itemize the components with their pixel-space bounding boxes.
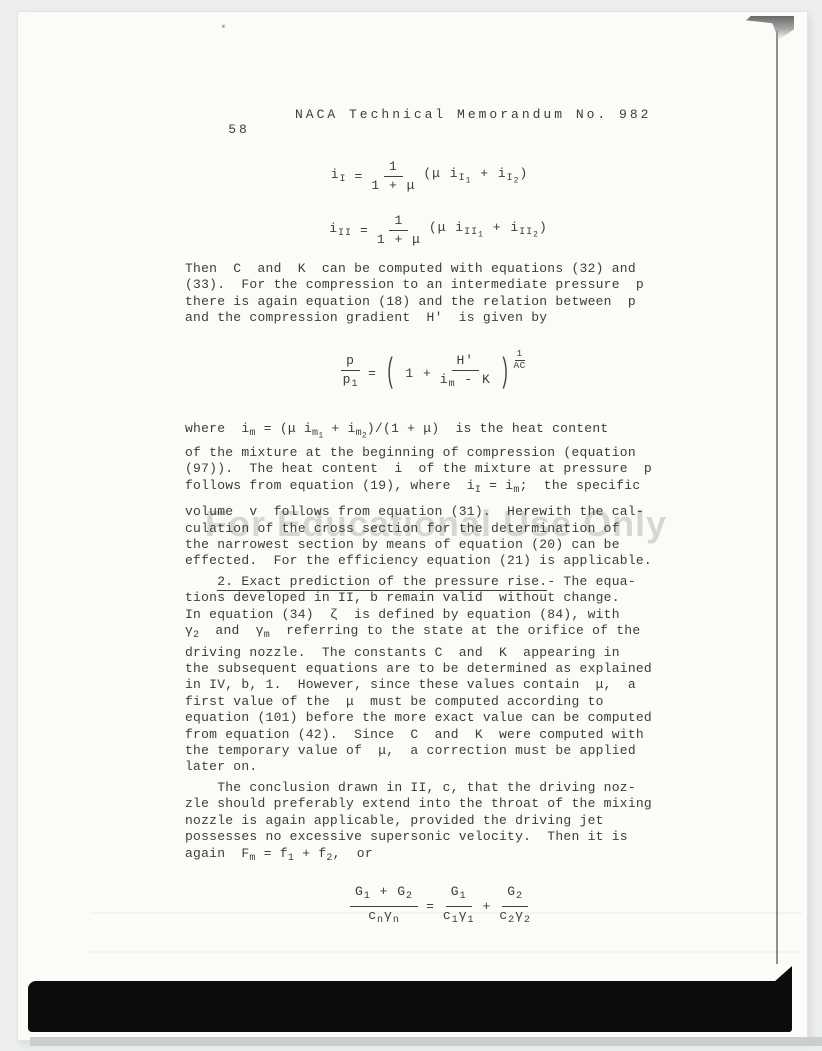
eq-var: γ [459,908,468,923]
text-line: possesses no excessive supersonic veloci… [185,829,785,845]
text-line: The conclusion drawn in II, c, that the … [185,780,785,796]
fraction: G1 c1γ1 [443,885,475,928]
text-segment: possesses no excessive supersonic veloci… [185,829,628,844]
text-line: the narrowest section by means of equati… [185,537,785,553]
equation-flow-areas: G1 + G2 cnγn = G1 c1γ1 + G2 c2γ2 [148,882,733,930]
subscript: 1 [468,915,475,926]
subscript: I [459,173,466,184]
text-line: driving nozzle. The constants C and K ap… [185,645,785,661]
fraction: 1 1 + μ [377,214,421,247]
denominator: im - K [440,371,491,392]
subscript: 2 [524,915,531,926]
text-segment: effected. For the efficiency equation (2… [185,553,652,568]
eq-text: - K [456,372,491,387]
subscript: 1 [364,891,371,902]
text-line: γ2 and γm referring to the state at the … [185,623,785,644]
text-segment: volume v follows from equation (31). Her… [185,504,644,519]
text-segment: ; the specific [520,478,641,493]
text-line: and the compression gradient H' is given… [185,310,785,326]
numerator: H' [452,354,480,371]
eq-text: ) [519,166,528,181]
text-line: the subsequent equations are to be deter… [185,661,785,677]
subscript: I [340,174,347,185]
eq-var: c [499,908,508,923]
text-segment: The conclusion drawn in II, c, that the … [185,780,636,795]
numerator: 1 [384,160,403,177]
eq-text: + i [484,220,519,235]
text-segment: γ [185,623,193,638]
eq-text: + i [471,166,506,181]
text-segment: culation of the cross section for the de… [185,521,620,536]
text-segment [185,574,217,589]
exponent-denominator: AC [513,361,525,371]
equation-i-I: iI = 1 1 + μ (μ iI1 + iI2) [137,153,722,199]
text-segment: where i [185,421,249,436]
subscript: II [338,228,352,239]
text-line: follows from equation (19), where iI = i… [185,478,785,499]
eq-var: c [443,908,452,923]
text-line: culation of the cross section for the de… [185,521,785,537]
subscript: 2 [406,891,413,902]
equals-sign: = [426,899,435,914]
paragraph: Then C and K can be computed with equati… [185,261,785,327]
eq-var: γ [384,908,393,923]
text-line: effected. For the efficiency equation (2… [185,553,785,569]
text-segment: of the mixture at the beginning of compr… [185,445,636,460]
paragraph: The conclusion drawn in II, c, that the … [185,780,785,867]
text-line: there is again equation (18) and the rel… [185,294,785,310]
text-segment: Then C and K can be computed with equati… [185,261,636,276]
eq-var: c [368,908,377,923]
eq-var: G [507,884,516,899]
text-segment: + f [294,846,326,861]
text-segment: = f [256,846,288,861]
text-line: first value of the μ must be computed ac… [185,694,785,710]
plus-sign: + [483,899,492,914]
text-segment: the narrowest section by means of equati… [185,537,620,552]
subscript: 1 [452,915,459,926]
subscript: n [377,915,384,926]
text-segment: in IV, b, 1. However, since these values… [185,677,636,692]
page-number: 58 [228,122,250,137]
text-line: tions developed in II, b remain valid wi… [185,590,785,606]
text-segment: = (μ i [256,421,312,436]
denominator: c2γ2 [499,907,531,928]
scan-black-bar [28,981,792,1032]
underlined-text: 2. Exact prediction of the pressure rise… [217,574,547,591]
text-line: where im = (μ im1 + im2)/(1 + μ) is the … [185,421,785,445]
text-segment: the temporary value of μ, a correction m… [185,743,636,758]
text-segment: the subsequent equations are to be deter… [185,661,652,676]
eq-var: γ [515,908,524,923]
subscript: 1 [460,891,467,902]
eq-var: i [329,221,338,236]
text-line: from equation (42). Since C and K were c… [185,727,785,743]
text-segment: = i [481,478,513,493]
text-segment: follows from equation (19), where i [185,478,475,493]
eq-var: G [355,884,364,899]
subscript: II [519,227,533,238]
text-segment: there is again equation (18) and the rel… [185,294,636,309]
fraction: G2 c2γ2 [499,885,531,928]
fraction: 1 1 + μ [371,160,415,193]
eq-var: i [331,167,340,182]
text-line: later on. [185,759,785,775]
text-line: nozzle is again applicable, provided the… [185,813,785,829]
text-line: equation (101) before the more exact val… [185,710,785,726]
numerator: G2 [502,885,528,907]
eq-var: i [440,372,449,387]
eq-text: (μ i [423,166,458,181]
text-segment: nozzle is again applicable, provided the… [185,813,604,828]
equation-i-II: iII = 1 1 + μ (μ iII1 + iII2) [146,207,731,253]
text-line: the temporary value of μ, a correction m… [185,743,785,759]
text-segment: )/(1 + μ) is the heat content [367,421,609,436]
text-line: in IV, b, 1. However, since these values… [185,677,785,693]
text-segment: again F [185,846,249,861]
equation-pressure-ratio: p p1 = ( 1 + H' im - K ) 1 AC [141,347,726,399]
numerator: G1 [446,885,472,907]
text-line: (97)). The heat content i of the mixture… [185,461,785,477]
numerator: p [341,354,360,371]
document-title: NACA Technical Memorandum No. 982 [295,107,651,122]
eq-term: iI [331,167,347,185]
eq-text: 1 + [405,366,431,381]
text-line: volume v follows from equation (31). Her… [185,504,785,520]
eq-text: (μ i [429,220,464,235]
text-line: Then C and K can be computed with equati… [185,261,785,277]
equals-sign: = [368,366,377,381]
fraction: H' im - K [440,354,491,392]
text-line: again Fm = f1 + f2, or [185,846,785,867]
text-segment: referring to the state at the orifice of… [270,623,640,638]
text-segment: first value of the μ must be computed ac… [185,694,604,709]
text-segment: and γ [199,623,263,638]
subscript: 2 [516,891,523,902]
eq-term: (μ iII1 + iII2) [429,220,548,240]
subscript: II [464,227,478,238]
denominator: c1γ1 [443,907,475,928]
text-segment: driving nozzle. The constants C and K ap… [185,645,620,660]
text-segment: tions developed in II, b remain valid wi… [185,590,620,605]
book-binding-edge [20,15,86,981]
text-segment: later on. [185,759,257,774]
text-line: 2. Exact prediction of the pressure rise… [185,574,785,590]
eq-term: (μ iI1 + iI2) [423,166,528,186]
text-segment: (33). For the compression to an intermed… [185,277,644,292]
exponent-fraction: 1 AC [513,349,525,371]
eq-term: iII [329,221,352,239]
denominator: cnγn [368,907,400,928]
text-line: In equation (34) ζ is defined by equatio… [185,607,785,623]
fraction: p p1 [341,354,360,392]
fraction: G1 + G2 cnγn [350,885,418,928]
subscript: I [507,173,514,184]
paragraph: where im = (μ im1 + im2)/(1 + μ) is the … [185,421,785,570]
eq-text: + G [371,884,406,899]
paragraph-section-2: 2. Exact prediction of the pressure rise… [185,574,785,776]
numerator: G1 + G2 [350,885,418,907]
subscript: 1 [351,379,358,390]
text-segment: from equation (42). Since C and K were c… [185,727,644,742]
denominator: p1 [343,371,359,392]
open-paren: ( [386,354,397,393]
equals-sign: = [355,169,364,184]
text-line: zle should preferably extend into the th… [185,796,785,812]
eq-text: ) [539,220,548,235]
text-segment: and the compression gradient H' is given… [185,310,547,325]
text-segment: zle should preferably extend into the th… [185,796,652,811]
text-line: of the mixture at the beginning of compr… [185,445,785,461]
text-segment: , or [333,846,373,861]
text-segment: In equation (34) ζ is defined by equatio… [185,607,620,622]
denominator: 1 + μ [371,177,415,193]
document-scan: For Educational Use Only * 58 NACA Techn… [0,0,822,1051]
subscript: n [393,915,400,926]
text-segment: + i [323,421,355,436]
text-segment: - The equa- [547,574,636,589]
equals-sign: = [360,223,369,238]
scan-bottom-band [30,1037,822,1046]
scan-streak [90,951,802,953]
close-paren: ) [500,354,511,393]
denominator: 1 + μ [377,231,421,247]
text-segment: equation (101) before the more exact val… [185,710,652,725]
eq-var: G [451,884,460,899]
text-segment: (97)). The heat content i of the mixture… [185,461,652,476]
subscript: m [449,379,456,390]
text-line: (33). For the compression to an intermed… [185,277,785,293]
numerator: 1 [389,214,408,231]
